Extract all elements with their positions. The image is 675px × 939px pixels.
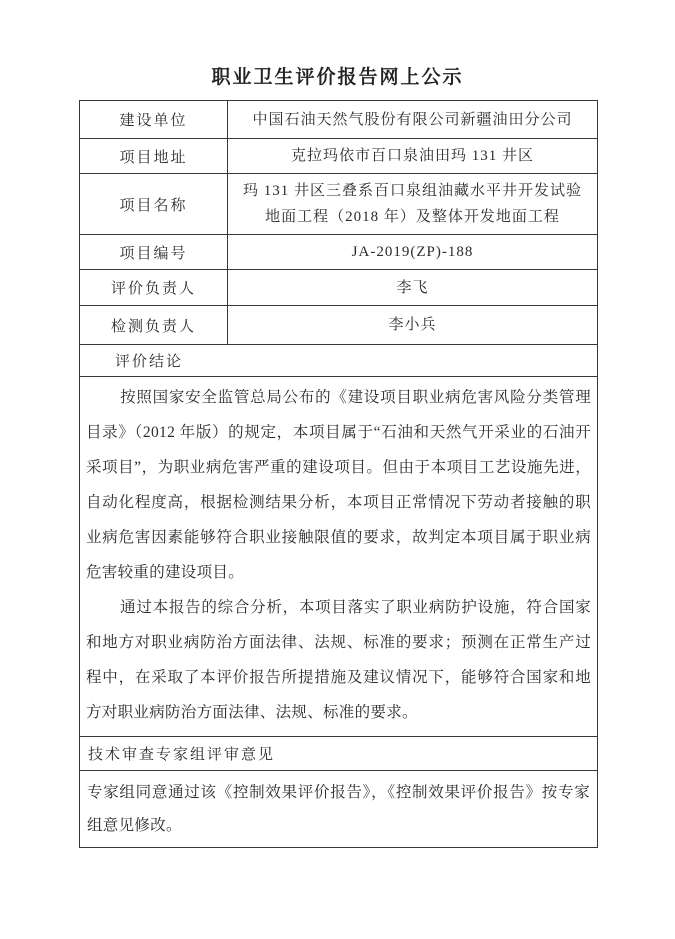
row-label: 检测负责人 [80,306,228,344]
expert-review-header-label: 技术审查专家组评审意见 [80,743,275,764]
conclusion-header-row: 评价结论 [80,345,597,377]
page-title: 职业卫生评价报告网上公示 [0,62,675,89]
table-row-project-name: 项目名称 玛 131 井区三叠系百口泉组油藏水平井开发试验地面工程（2018 年… [80,174,597,235]
document-page: 职业卫生评价报告网上公示 建设单位 中国石油天然气股份有限公司新疆油田分公司 项… [0,0,675,939]
row-label: 评价负责人 [80,270,228,305]
conclusion-header-label: 评价结论 [80,350,183,371]
row-value: JA-2019(ZP)-188 [228,235,597,269]
expert-opinion-row: 专家组同意通过该《控制效果评价报告》，《控制效果评价报告》按专家组意见修改。 [80,771,597,847]
table-row-testing-leader: 检测负责人 李小兵 [80,306,597,345]
row-label: 建设单位 [80,101,228,138]
table-row-evaluation-leader: 评价负责人 李飞 [80,270,597,306]
announcement-table: 建设单位 中国石油天然气股份有限公司新疆油田分公司 项目地址 克拉玛依市百口泉油… [79,100,598,848]
row-value: 克拉玛依市百口泉油田玛 131 井区 [228,139,597,173]
table-row-project-address: 项目地址 克拉玛依市百口泉油田玛 131 井区 [80,139,597,174]
table-row-construction-unit: 建设单位 中国石油天然气股份有限公司新疆油田分公司 [80,101,597,139]
row-value: 李飞 [228,270,597,305]
row-value: 玛 131 井区三叠系百口泉组油藏水平井开发试验地面工程（2018 年）及整体开… [228,174,597,234]
row-label: 项目名称 [80,174,228,234]
row-value: 李小兵 [228,306,597,344]
conclusion-paragraph-2: 通过本报告的综合分析，本项目落实了职业病防护设施，符合国家和地方对职业病防治方面… [86,590,591,730]
conclusion-paragraph-1: 按照国家安全监管总局公布的《建设项目职业病危害风险分类管理目录》（2012 年版… [86,380,591,590]
row-label: 项目编号 [80,235,228,269]
conclusion-body-row: 按照国家安全监管总局公布的《建设项目职业病危害风险分类管理目录》（2012 年版… [80,377,597,737]
table-row-project-number: 项目编号 JA-2019(ZP)-188 [80,235,597,270]
row-label: 项目地址 [80,139,228,173]
expert-review-header-row: 技术审查专家组评审意见 [80,737,597,771]
row-value: 中国石油天然气股份有限公司新疆油田分公司 [228,101,597,138]
expert-opinion-text: 专家组同意通过该《控制效果评价报告》，《控制效果评价报告》按专家组意见修改。 [87,776,590,842]
